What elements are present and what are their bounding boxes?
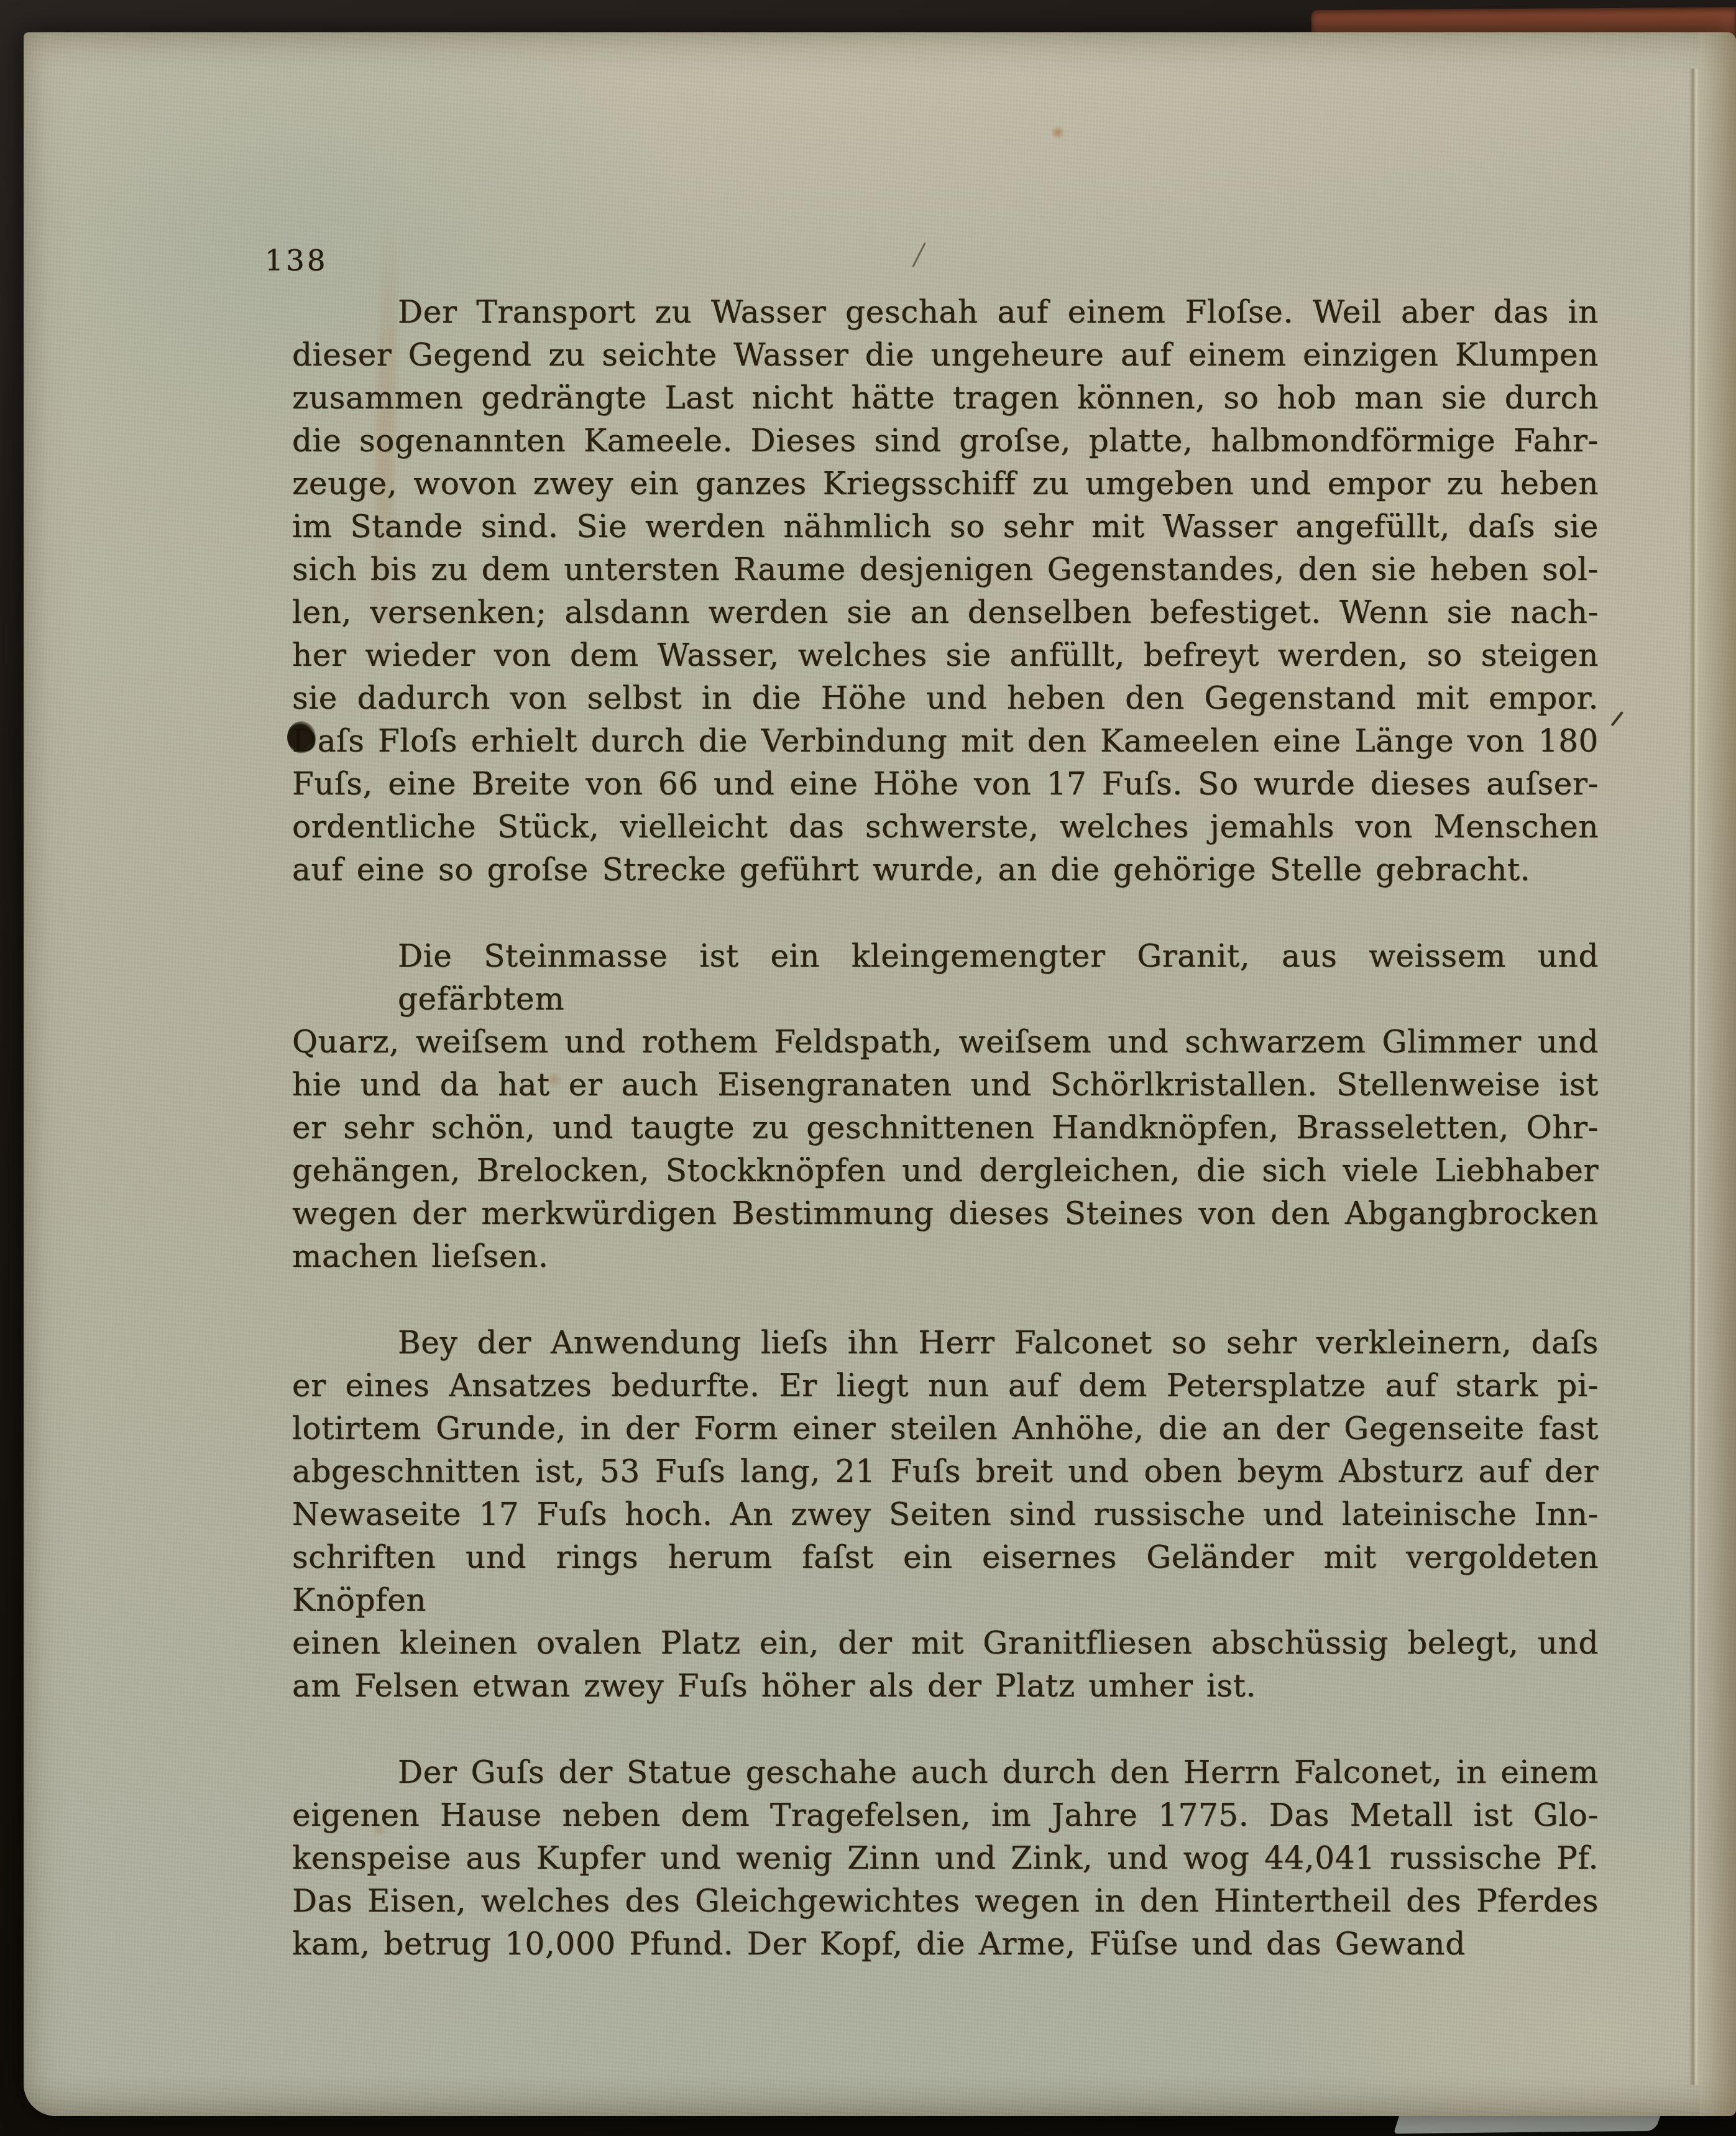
text-line: Daſs Floſs erhielt durch die Verbindung … — [292, 720, 1599, 763]
text-line: Das Eisen, welches des Gleichgewichtes w… — [292, 1880, 1599, 1923]
scan-background: 138 Der Transport zu Wasser geschah auf … — [0, 0, 1736, 2136]
text-line: auf eine so groſse Strecke geführt wurde… — [292, 849, 1599, 891]
text-line: machen lieſsen. — [292, 1235, 1599, 1278]
text-line: zusammen gedrängte Last nicht hätte trag… — [292, 377, 1599, 420]
text-line: Fuſs, eine Breite von 66 und eine Höhe v… — [292, 763, 1599, 806]
page-right-curl-shadow — [1699, 32, 1736, 2116]
text-line: er eines Ansatzes bedurfte. Er liegt nun… — [292, 1365, 1599, 1407]
text-line: sie dadurch von selbst in die Höhe und h… — [292, 677, 1599, 720]
text-line: schriften und rings herum faſst ein eise… — [292, 1536, 1599, 1622]
text-line: lotirtem Grunde, in der Form einer steil… — [292, 1407, 1599, 1450]
text-line: eigenen Hause neben dem Tragefelsen, im … — [292, 1794, 1599, 1837]
text-line: Newaseite 17 Fuſs hoch. An zwey Seiten s… — [292, 1493, 1599, 1536]
text-line: abgeschnitten ist, 53 Fuſs lang, 21 Fuſs… — [292, 1450, 1599, 1493]
paragraph: Die Steinmasse ist ein kleingemengter Gr… — [292, 935, 1599, 1278]
text-line: die sogenannten Kameele. Dieses sind gro… — [292, 420, 1599, 463]
text-line: ordentliche Stück, vielleicht das schwer… — [292, 806, 1599, 849]
text-line: Der Guſs der Statue geschahe auch durch … — [292, 1751, 1599, 1794]
text-line: einen kleinen ovalen Platz ein, der mit … — [292, 1622, 1599, 1665]
paragraph: Der Transport zu Wasser geschah auf eine… — [292, 291, 1599, 891]
text-line: zeuge, wovon zwey ein ganzes Kriegsschif… — [292, 463, 1599, 505]
paragraph: Bey der Anwendung lieſs ihn Herr Falcone… — [292, 1322, 1599, 1708]
book-page: 138 Der Transport zu Wasser geschah auf … — [24, 32, 1736, 2116]
text-line: gehängen, Brelocken, Stockknöpfen und de… — [292, 1149, 1599, 1192]
page-number: 138 — [265, 244, 328, 278]
text-line: kam, betrug 10,000 Pfund. Der Kopf, die … — [292, 1923, 1599, 1966]
text-line: sich bis zu dem untersten Raume desjenig… — [292, 548, 1599, 591]
text-line: dieser Gegend zu seichte Wasser die unge… — [292, 334, 1599, 377]
text-line: wegen der merkwürdigen Bestimmung dieses… — [292, 1192, 1599, 1235]
text-line: er sehr schön, und taugte zu geschnitten… — [292, 1107, 1599, 1149]
text-line: her wieder von dem Wasser, welches sie a… — [292, 634, 1599, 677]
paragraph: Der Guſs der Statue geschahe auch durch … — [292, 1751, 1599, 1966]
text-block: Der Transport zu Wasser geschah auf eine… — [292, 291, 1599, 1966]
margin-tick-mark — [1611, 711, 1623, 727]
page-crease — [1689, 68, 1699, 2085]
text-line: am Felsen etwan zwey Fuſs höher als der … — [292, 1665, 1599, 1708]
stray-stroke-mark — [912, 242, 926, 268]
text-line: Quarz, weiſsem und rothem Feldspath, wei… — [292, 1021, 1599, 1064]
text-line: kenspeise aus Kupfer und wenig Zinn und … — [292, 1837, 1599, 1880]
text-line: Bey der Anwendung lieſs ihn Herr Falcone… — [292, 1322, 1599, 1365]
text-line: im Stande sind. Sie werden nähmlich so s… — [292, 505, 1599, 548]
text-line: hie und da hat er auch Eisengranaten und… — [292, 1064, 1599, 1107]
text-line: Der Transport zu Wasser geschah auf eine… — [292, 291, 1599, 334]
text-line: len, versenken; alsdann werden sie an de… — [292, 591, 1599, 634]
rust-speck-stain — [1050, 126, 1065, 139]
text-line: Die Steinmasse ist ein kleingemengter Gr… — [292, 935, 1599, 1021]
